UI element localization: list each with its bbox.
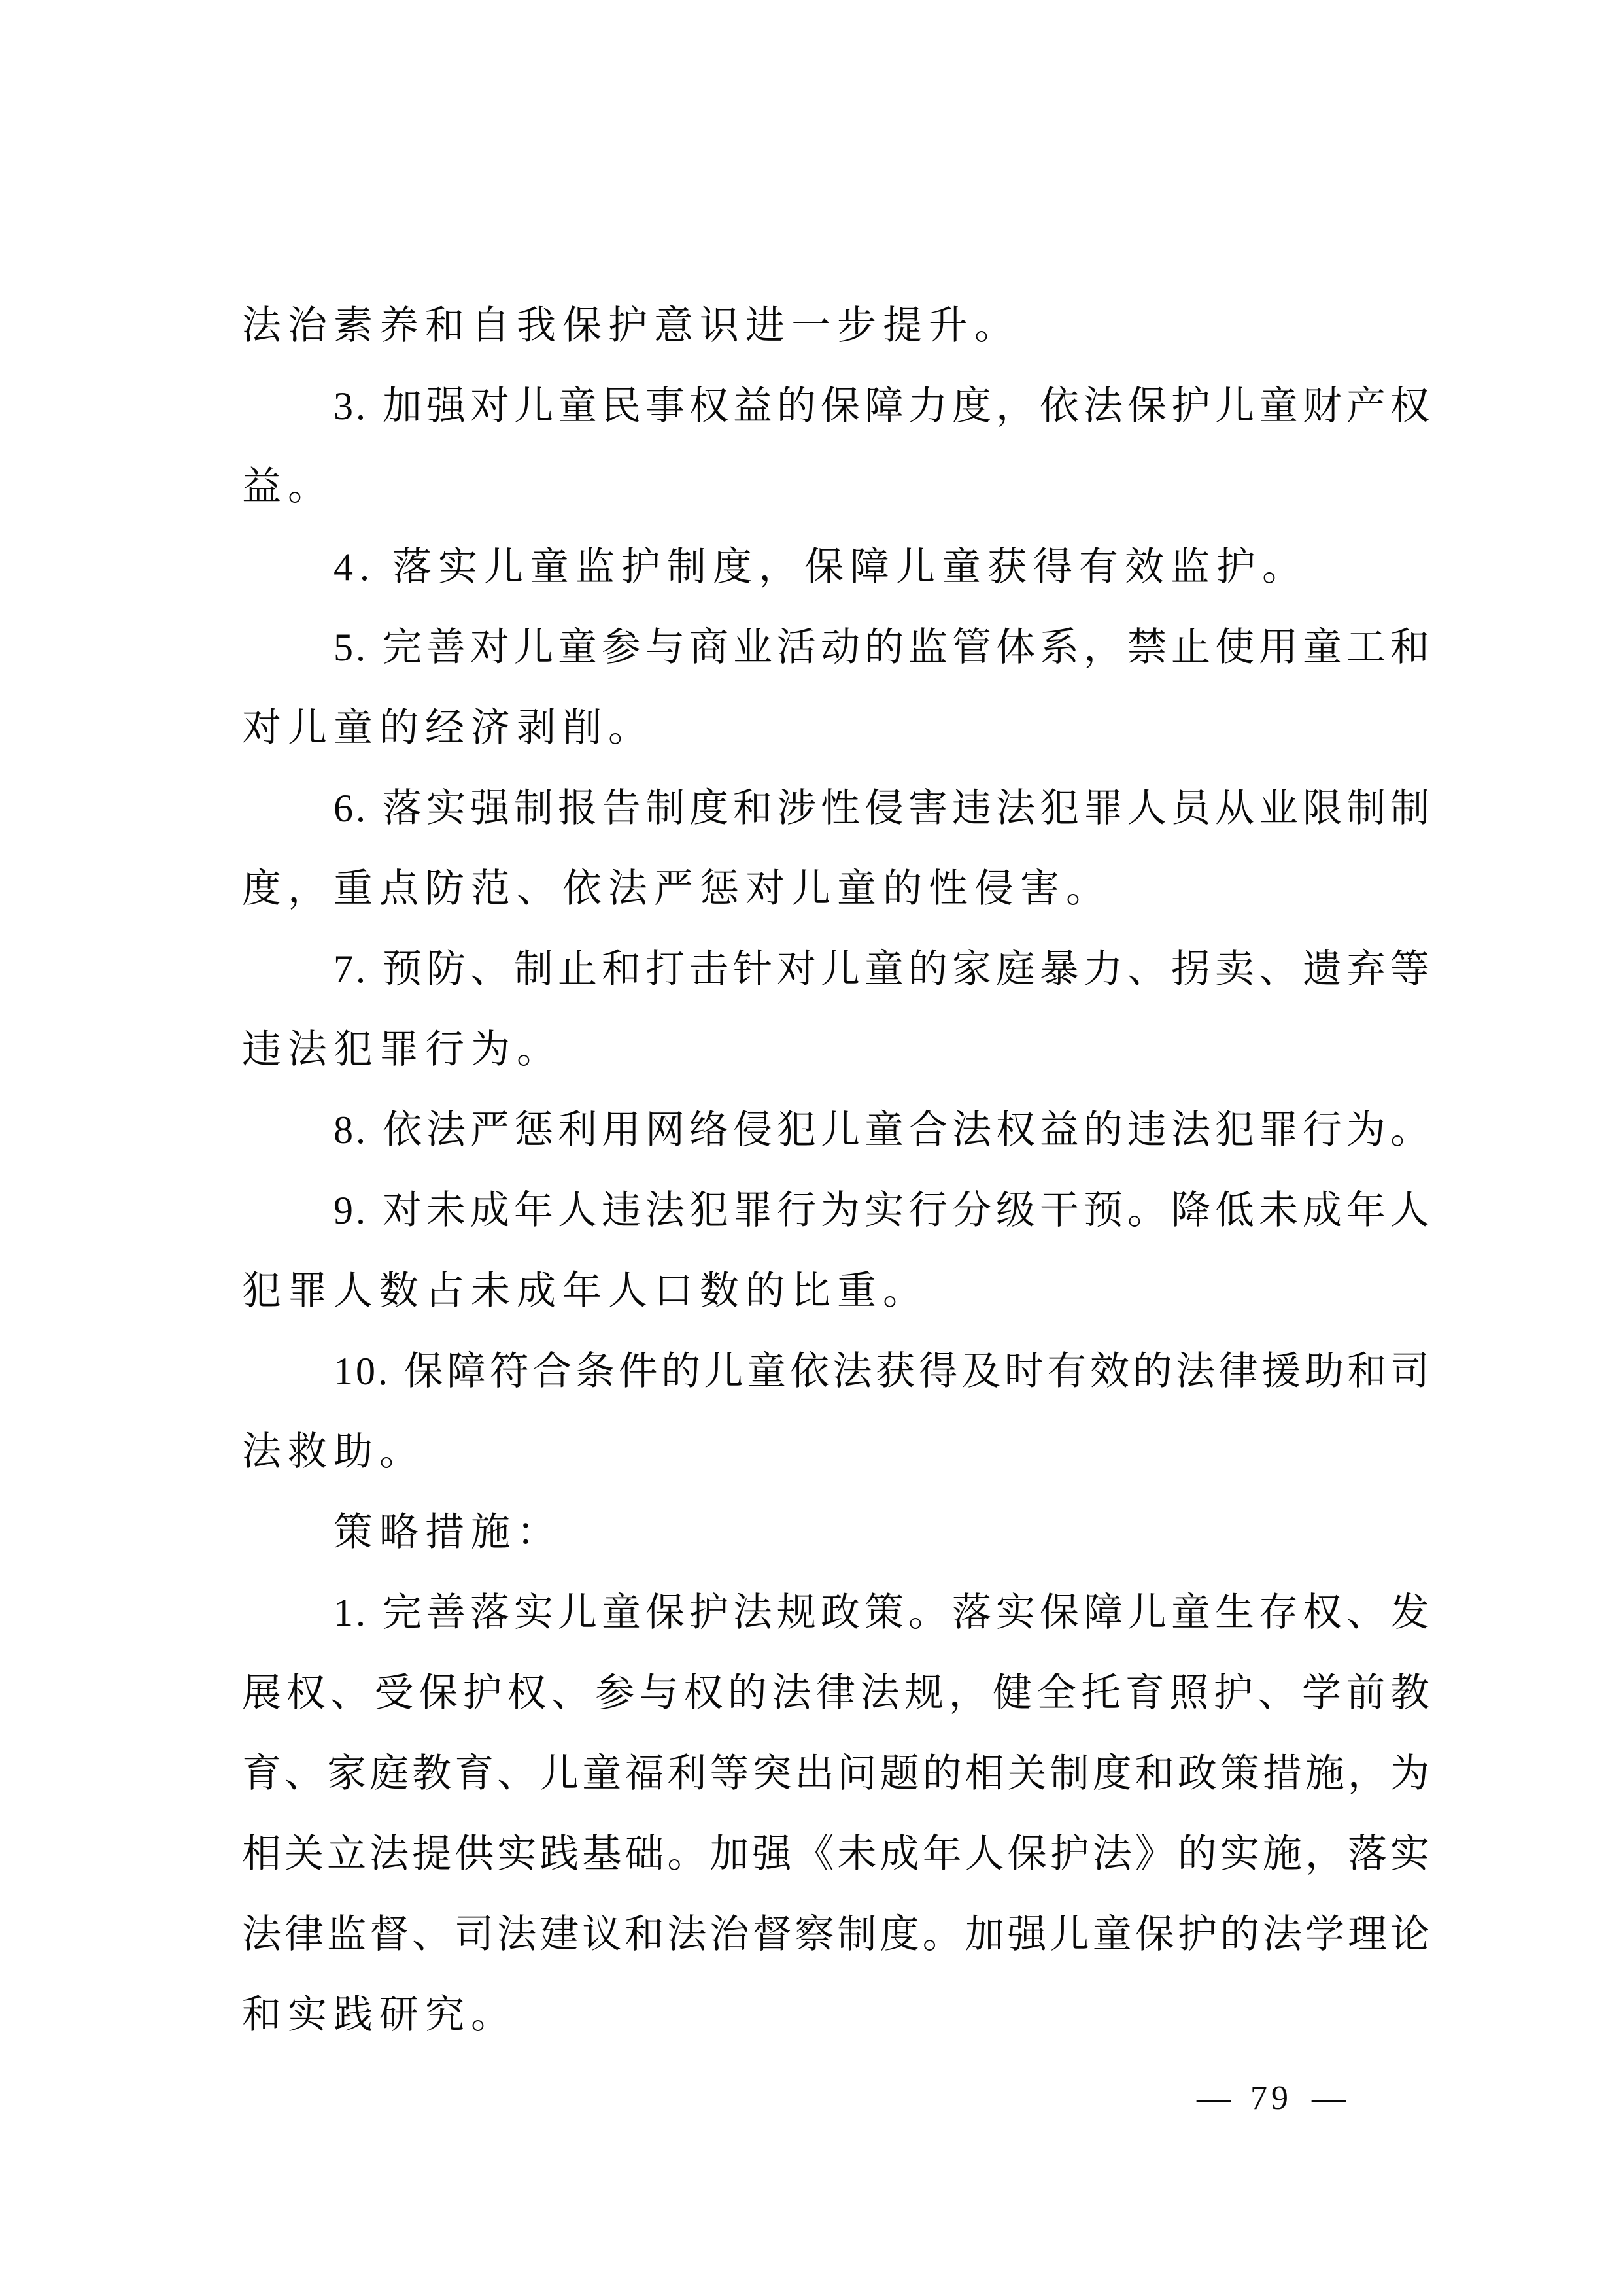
text-line: 违法犯罪行为。 — [242, 1010, 1432, 1090]
page-number-right-dash: — — [1312, 2079, 1346, 2117]
text-line: 相关立法提供实践基础。加强《未成年人保护法》的实施，落实 — [242, 1814, 1432, 1894]
text-line: 法律监督、司法建议和法治督察制度。加强儿童保护的法学理论 — [242, 1894, 1432, 1975]
text-line: 3. 加强对儿童民事权益的保障力度，依法保护儿童财产权 — [242, 366, 1432, 447]
text-line: 10. 保障符合条件的儿童依法获得及时有效的法律援助和司 — [242, 1331, 1432, 1412]
text-line: 6. 落实强制报告制度和涉性侵害违法犯罪人员从业限制制 — [242, 768, 1432, 849]
text-line: 对儿童的经济剥削。 — [242, 688, 1432, 768]
text-line: 策略措施： — [242, 1492, 1432, 1573]
document-page: 法治素养和自我保护意识进一步提升。3. 加强对儿童民事权益的保障力度，依法保护儿… — [0, 0, 1623, 2296]
page-number: — 79 — — [1197, 2072, 1346, 2124]
document-text-block: 法治素养和自我保护意识进一步提升。3. 加强对儿童民事权益的保障力度，依法保护儿… — [242, 286, 1432, 2055]
text-line: 展权、受保护权、参与权的法律法规，健全托育照护、学前教 — [242, 1653, 1432, 1734]
text-line: 8. 依法严惩利用网络侵犯儿童合法权益的违法犯罪行为。 — [242, 1090, 1432, 1171]
text-line: 7. 预防、制止和打击针对儿童的家庭暴力、拐卖、遗弃等 — [242, 929, 1432, 1010]
text-line: 和实践研究。 — [242, 1975, 1432, 2055]
text-line: 育、家庭教育、儿童福利等突出问题的相关制度和政策措施，为 — [242, 1734, 1432, 1814]
text-line: 法救助。 — [242, 1412, 1432, 1492]
page-number-left-dash: — — [1197, 2079, 1231, 2117]
text-line: 5. 完善对儿童参与商业活动的监管体系，禁止使用童工和 — [242, 608, 1432, 688]
text-line: 法治素养和自我保护意识进一步提升。 — [242, 286, 1432, 366]
text-line: 度，重点防范、依法严惩对儿童的性侵害。 — [242, 849, 1432, 929]
text-line: 益。 — [242, 447, 1432, 527]
text-line: 4. 落实儿童监护制度，保障儿童获得有效监护。 — [242, 527, 1432, 608]
text-line: 犯罪人数占未成年人口数的比重。 — [242, 1251, 1432, 1331]
text-line: 1. 完善落实儿童保护法规政策。落实保障儿童生存权、发 — [242, 1573, 1432, 1653]
text-line: 9. 对未成年人违法犯罪行为实行分级干预。降低未成年人 — [242, 1171, 1432, 1251]
page-number-value: 79 — [1250, 2079, 1292, 2117]
